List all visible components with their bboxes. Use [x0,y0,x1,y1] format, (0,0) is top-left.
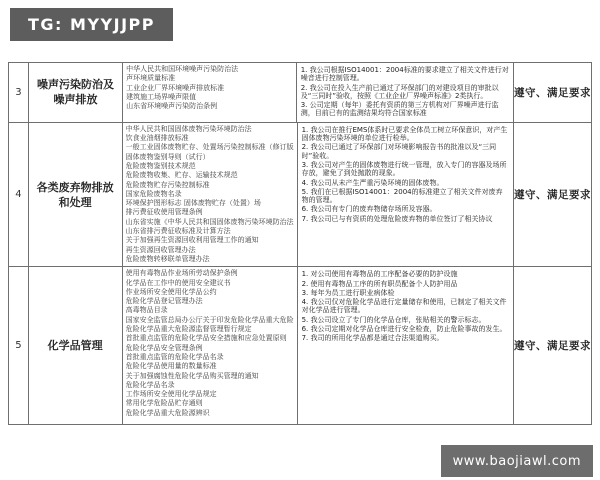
table-row: 3 噪声污染防治及 噪声排放 中华人民共和国环境噪声污染防治法声环境质量标准工业… [9,63,591,123]
regulation-item: 危险废物转移联单管理办法 [126,255,294,264]
regulation-item: 高毒物品目录 [126,306,294,315]
measure-item: 4. 我公司仅对危险化学品进行定量储存和使用，已制定了相关文件对化学品进行管理。 [302,298,509,315]
measures-cell: 1. 对公司使用有毒物品的工序配备必要的防护设施2. 使用有毒物品工序的所有职员… [298,267,514,424]
measure-item: 6. 我公司有专门的废弃物储存场所及容器。 [302,205,509,213]
measure-item: 6. 我公司定期对化学品仓库进行安全检查，防止危险事故的发生。 [302,325,509,333]
regulation-item: 工业企业厂界环境噪声排放标准 [126,84,293,93]
site-tag-badge: TG: MYYJJPP [10,8,173,41]
category-cell: 各类废弃物排放 和处理 [29,123,123,266]
regulation-item: 建筑施工场界噪声限值 [126,93,293,102]
regulation-item: 工作场所安全使用化学品规定 [126,390,294,399]
regulations-cell: 使用有毒物品作业场所劳动保护条例化学品在工作中的使用安全建议书作业场所安全使用化… [123,267,298,424]
status-cell: 遵守、满足要求 [514,267,591,424]
regulation-item: 危险废物鉴别技术规范 [126,162,294,171]
regulation-item: 危险废物贮存污染控制标准 [126,181,294,190]
measure-item: 3. 公司定期（每年）委托有资质的第三方机构对厂界噪声进行监测，目前已有的监测结… [301,101,509,118]
regulation-item: 再生资源回收管理办法 [126,246,294,255]
measures-cell: 1. 我公司在推行EMS体系时已要求全体员工树立环保意识，对产生固体废物污染环境… [298,123,514,266]
measures-cell: 1. 我公司根据ISO14001：2004标准的要求建立了相关文件进行对噪音进行… [297,63,514,122]
regulation-item: 山东省环境噪声污染防治条例 [126,102,293,111]
status-cell: 遵守、满足要求 [514,123,591,266]
table-row: 4 各类废弃物排放 和处理 中华人民共和国固体废物污染环境防治法饮食业油烟排放标… [9,123,591,267]
regulation-item: 危险化学品登记管理办法 [126,297,294,306]
regulation-item: 国家危险废物名录 [126,190,294,199]
measure-item: 5. 我们在已根据ISO14001：2004的标准建立了相关文件对废弃物的管理。 [302,188,509,205]
watermark-label: www.baojiawl.com [453,454,581,469]
regulation-item: 危险废物收集、贮存、运输技术规范 [126,171,294,180]
regulation-item: 声环境质量标准 [126,74,293,83]
regulation-item: 首批重点监管的危险化学品名录 [126,353,294,362]
measure-item: 2. 我公司在投入生产前已通过了环保部门的对建设项目的审批以及“三同时”验收，按… [301,84,509,101]
regulation-item: 关于加强腐蚀性危险化学品购买管理的通知 [126,372,294,381]
regulation-item: 使用有毒物品作业场所劳动保护条例 [126,269,294,278]
measure-item: 1. 对公司使用有毒物品的工序配备必要的防护设施 [302,270,509,278]
category-cell: 噪声污染防治及 噪声排放 [29,63,123,122]
measure-item: 2. 我公司已通过了环保部门对环境影响报告书的批准以及“三同时”验收。 [302,143,509,160]
measure-item: 1. 我公司在推行EMS体系时已要求全体员工树立环保意识，对产生固体废物污染环境… [302,126,509,143]
regulation-item: 环境保护图形标志 固体废物贮存（处置）场 [126,199,294,208]
row-number: 3 [9,63,29,122]
regulation-item: 关于加强再生资源回收利用管理工作的通知 [126,236,294,245]
site-tag-label: TG: MYYJJPP [28,15,155,34]
regulation-item: 中华人民共和国固体废物污染环境防治法 [126,125,294,134]
regulation-item: 危险化学品名录 [126,381,294,390]
regulations-cell: 中华人民共和国固体废物污染环境防治法饮食业油烟排放标准一般工业固体废物贮存、处置… [123,123,298,266]
status-cell: 遵守、满足要求 [514,63,591,122]
measure-item: 5. 我公司设立了专门的化学品仓库，张贴相关的警示标志。 [302,316,509,324]
regulation-item: 中华人民共和国环境噪声污染防治法 [126,65,293,74]
measure-item: 3. 每年为员工进行职业病体检 [302,289,509,297]
regulation-item: 山东省实施《中华人民共和国固体废物污染环境防治法》办法 [126,218,294,227]
regulation-item: 一般工业固体废物贮存、处置场污染控制标准（修订版） [126,143,294,152]
regulation-item: 国家安全监管总局办公厅关于印发危险化学品重大危险源备案文书的通知 [126,316,294,325]
regulation-item: 排污费征收使用管理条例 [126,208,294,217]
regulation-item: 首批重点监管的危险化学品安全措施和应急处置原则 [126,334,294,343]
watermark-badge: www.baojiawl.com [441,445,593,477]
row-number: 5 [9,267,29,424]
regulation-item: 饮食业油烟排放标准 [126,134,294,143]
regulation-item: 常用化学危险品贮存通则 [126,399,294,408]
table-row: 5 化学品管理 使用有毒物品作业场所劳动保护条例化学品在工作中的使用安全建议书作… [9,267,591,424]
regulation-item: 危险化学品重大危险源辨识 [126,409,294,418]
measure-item: 1. 我公司根据ISO14001：2004标准的要求建立了相关文件进行对噪音进行… [301,66,509,83]
row-number: 4 [9,123,29,266]
regulation-item: 固体废物鉴别导则（试行） [126,153,294,162]
regulation-item: 作业场所安全使用化学品公约 [126,288,294,297]
measure-item: 2. 使用有毒物品工序的所有职员配备个人防护用品 [302,280,509,288]
scanned-document-page: TG: MYYJJPP 3 噪声污染防治及 噪声排放 中华人民共和国环境噪声污染… [0,0,600,480]
measure-item: 3. 我公司对产生的固体废物进行统一管理，放入专门的容器及场所存放，避免了到处抛… [302,161,509,178]
regulation-item: 危险化学品使用量的数量标准 [126,362,294,371]
regulation-item: 危险化学品安全管理条例 [126,344,294,353]
regulation-item: 化学品在工作中的使用安全建议书 [126,279,294,288]
regulation-item: 山东省排污费征收标准及计算方法 [126,227,294,236]
measure-item: 7. 我公司已与有资质的处理危险废弃物的单位签订了相关协议 [302,215,509,223]
compliance-table: 3 噪声污染防治及 噪声排放 中华人民共和国环境噪声污染防治法声环境质量标准工业… [8,62,592,425]
measure-item: 7. 我司的所用化学品都是通过合法渠道购买。 [302,334,509,342]
category-cell: 化学品管理 [29,267,123,424]
regulation-item: 危险化学品重大危险源监督管理暂行规定 [126,325,294,334]
measure-item: 4. 我公司从未产生严重污染环境的固体废物。 [302,179,509,187]
regulations-cell: 中华人民共和国环境噪声污染防治法声环境质量标准工业企业厂界环境噪声排放标准建筑施… [123,63,297,122]
